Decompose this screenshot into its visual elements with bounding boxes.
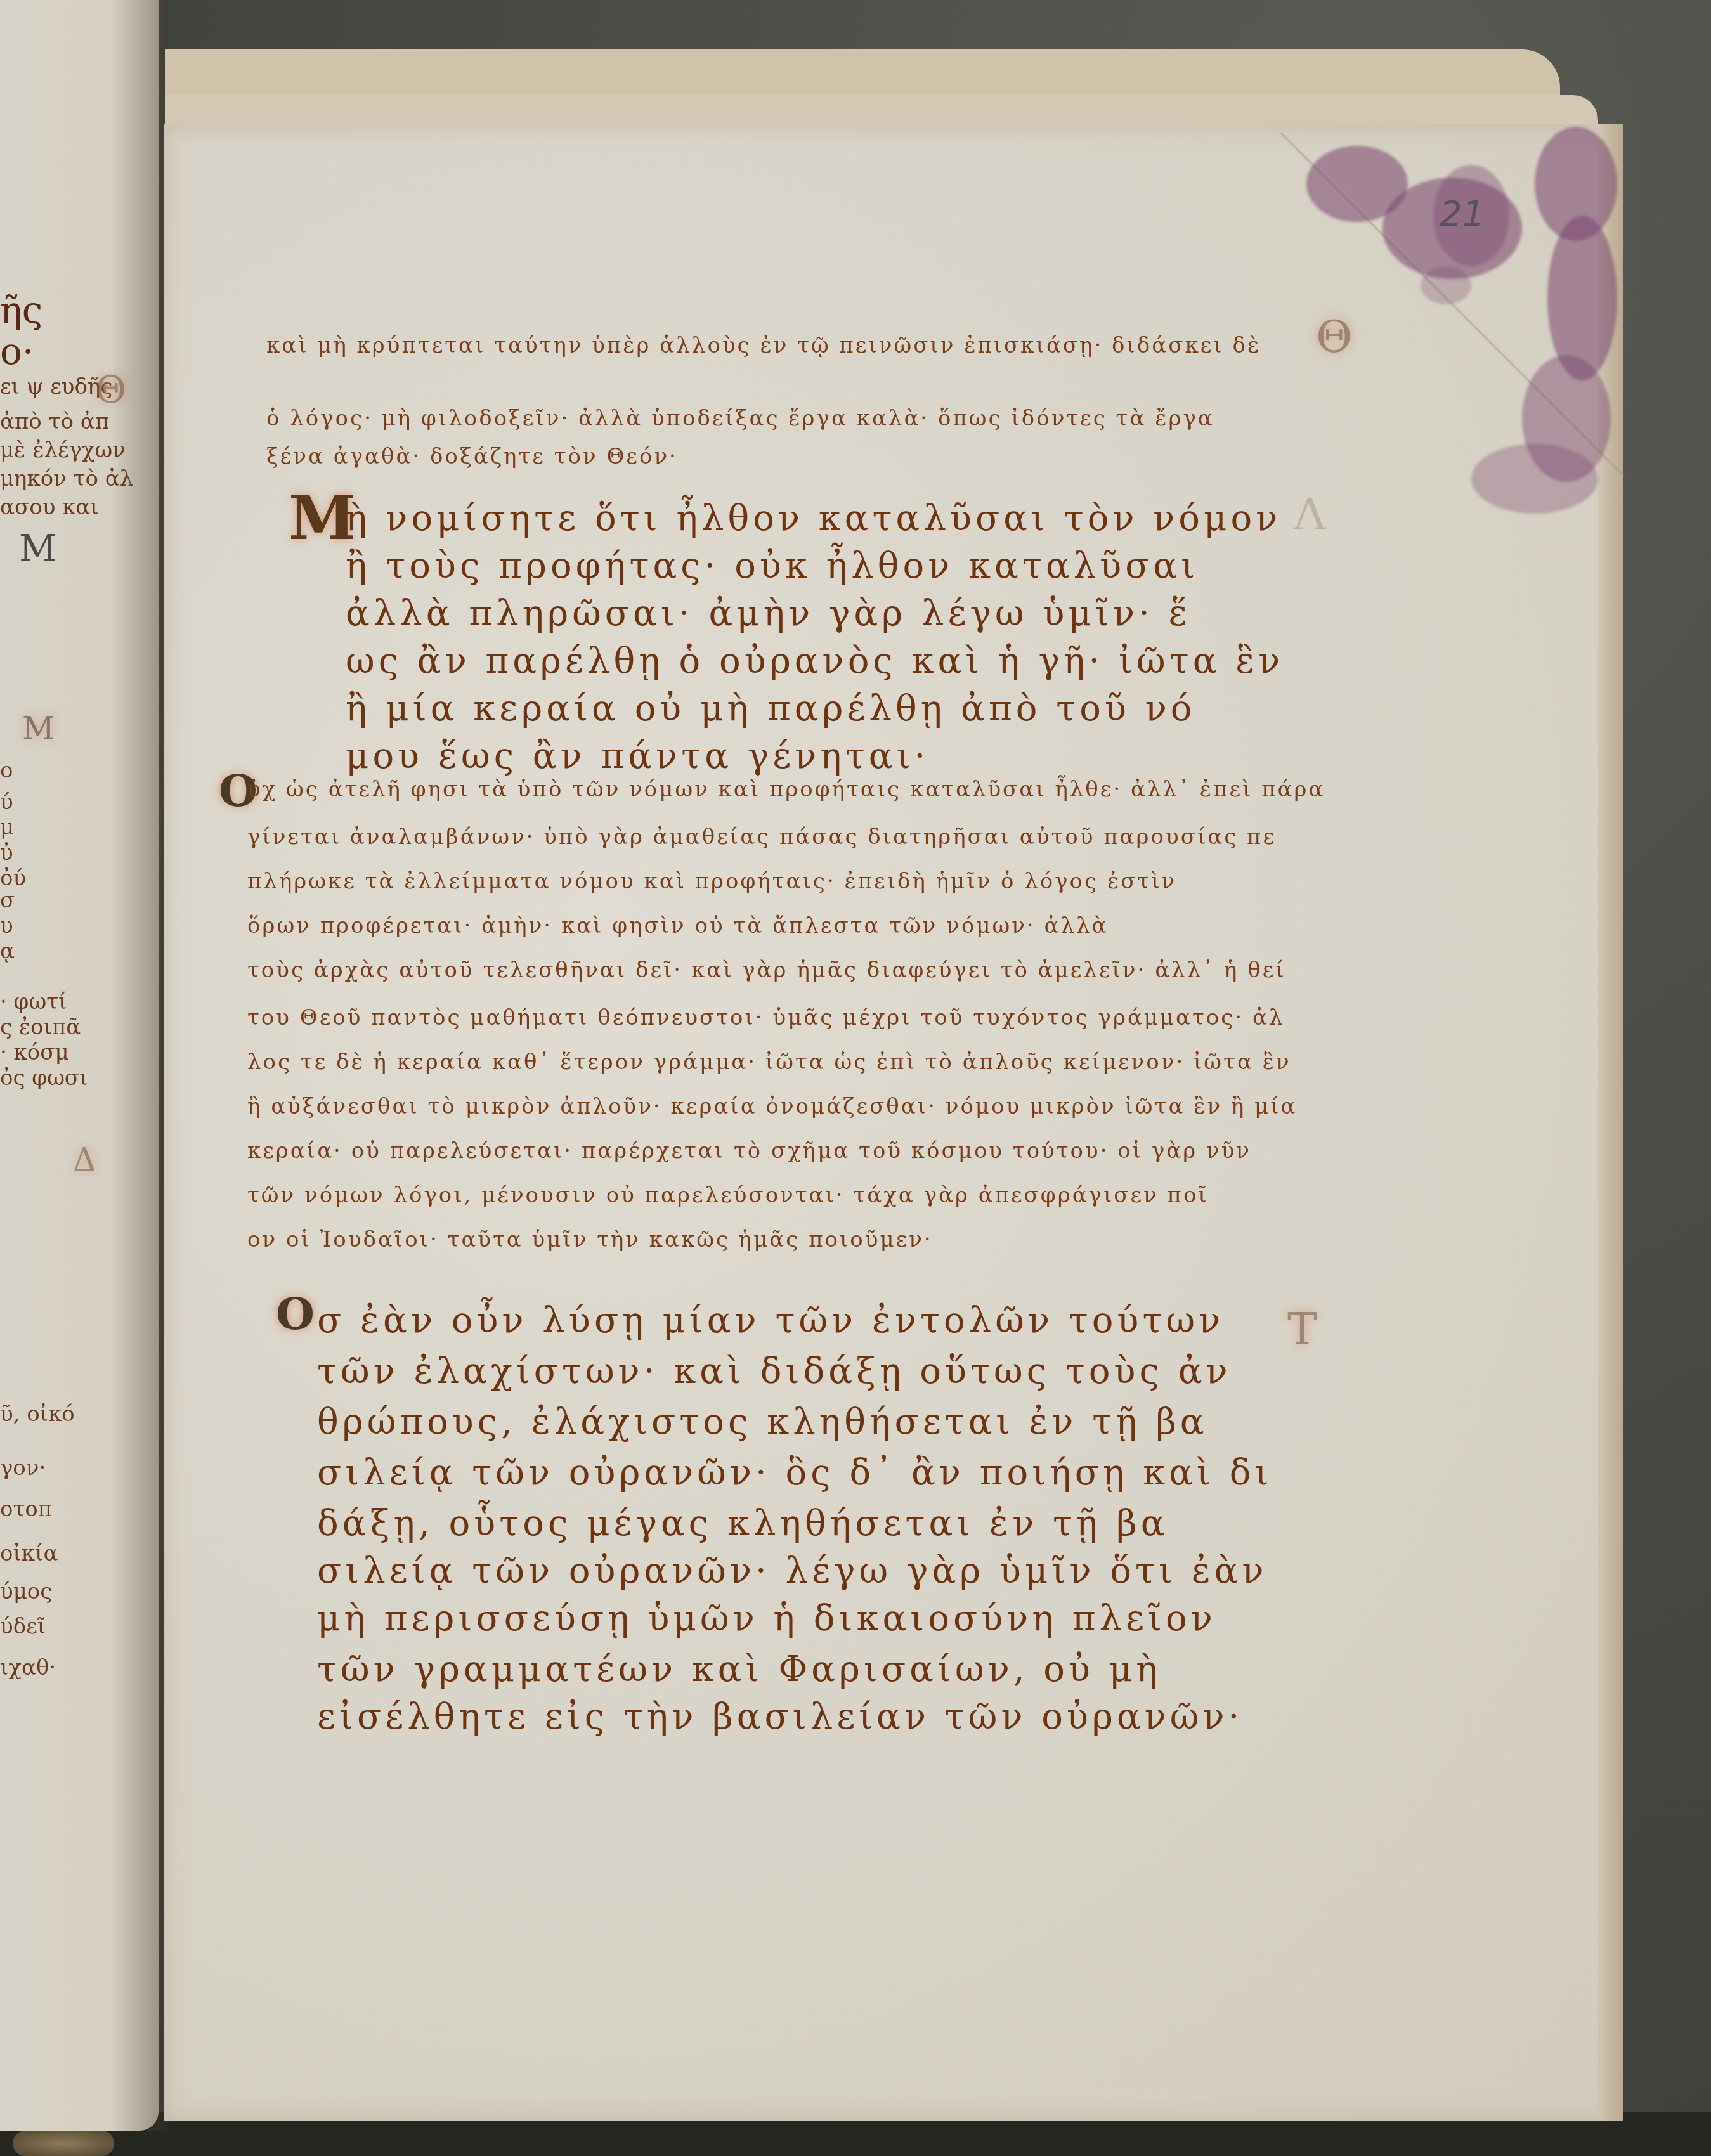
left-page-fragment: ὐ: [0, 840, 13, 866]
scripture-line: ἀλλὰ πληρῶσαι· ἀμὴν γὰρ λέγω ὑμῖν· ἕ: [346, 593, 1192, 634]
left-page-fragment: σ: [0, 888, 15, 913]
left-page-fragment: ασου και: [0, 495, 99, 520]
scripture-line: τῶν ἐλαχίστων· καὶ διδάξῃ οὕτως τοὺς ἀν: [317, 1351, 1232, 1392]
scripture-line: σιλείᾳ τῶν οὐρανῶν· λέγω γὰρ ὑμῖν ὅτι ἐὰ…: [317, 1550, 1268, 1592]
left-page-fragment: ύ: [0, 789, 13, 815]
commentary-line: τῶν νόμων λόγοι, μένουσιν οὐ παρελεύσοντ…: [247, 1183, 1209, 1208]
left-page-fragment: μ: [0, 815, 14, 840]
scripture-line: σ ἐὰν οὖν λύσῃ μίαν τῶν ἐντολῶν τούτων: [317, 1300, 1224, 1341]
scripture-line: ὴ νομίσητε ὅτι ἦλθον καταλῦσαι τὸν νόμον: [346, 498, 1281, 539]
gutter-shadow: [111, 0, 168, 2131]
margin-section-mark: Τ: [1287, 1303, 1317, 1355]
commentary-line: πλήρωκε τὰ ἐλλείμματα νόμου καὶ προφήται…: [247, 869, 1176, 894]
commentary-line: ξένα ἀγαθὰ· δοξάζητε τὸν Θεόν·: [266, 444, 678, 469]
scripture-line: μου ἕως ἂν πάντα γένηται·: [346, 736, 929, 777]
left-margin-mark: Μ: [22, 710, 55, 747]
commentary-line: καὶ μὴ κρύπτεται ταύτην ὑπὲρ ἁλλοὺς ἐν τ…: [266, 333, 1261, 358]
scripture-line: ἢ τοὺς προφήτας· οὐκ ἦλθον καταλῦσαι: [346, 545, 1199, 587]
commentary-line: ον οἱ Ἰουδαῖοι· ταῦτα ὑμῖν τὴν κακῶς ἡμᾶ…: [247, 1227, 933, 1252]
commentary-line: γίνεται ἀναλαμβάνων· ὑπὸ γὰρ ἀμαθείας πά…: [247, 824, 1276, 850]
scripture-line: σιλείᾳ τῶν οὐρανῶν· ὃς δ᾽ ἂν ποιήσῃ καὶ …: [317, 1452, 1273, 1493]
scripture-line: δάξῃ, οὗτος μέγας κληθήσεται ἐν τῇ βα: [317, 1503, 1169, 1544]
left-page-initial: Μ: [19, 526, 56, 569]
left-page-fragment: ὀς φωσι: [0, 1065, 88, 1091]
purple-stain: [1421, 266, 1471, 304]
scripture-line: θρώπους, ἐλάχιστος κληθήσεται ἐν τῇ βα: [317, 1401, 1208, 1443]
commentary-line: του Θεοῦ παντὸς μαθήματι θεόπνευστοι· ὑμ…: [247, 1005, 1284, 1030]
margin-section-mark: Λ: [1294, 488, 1326, 540]
left-page-fragment: ύμος: [0, 1579, 52, 1604]
left-page-fragment: οτοπ: [0, 1497, 52, 1522]
commentary-line: λος τε δὲ ἡ κεραία καθ᾽ ἕτερον γράμμα· ἰ…: [247, 1049, 1291, 1075]
scripture-line: τῶν γραμματέων καὶ Φαρισαίων, οὐ μὴ: [317, 1649, 1161, 1690]
left-page-fragment: ς ἐοιπᾶ: [0, 1015, 81, 1040]
left-page-fragment: μὲ ἐλέγχων: [0, 438, 126, 463]
margin-section-mark: Θ: [1316, 311, 1352, 363]
commentary-line: ὐχ ὡς ἀτελῆ φησι τὰ ὑπὸ τῶν νόμων καὶ πρ…: [247, 777, 1325, 802]
left-page-fragment: ῦ, οἰκό: [0, 1401, 75, 1427]
left-page-fragment: ύδεῖ: [0, 1614, 46, 1639]
left-page-fragment: ὀύ: [0, 866, 26, 891]
purple-stain: [1471, 444, 1598, 514]
scripture-line: ως ἂν παρέλθῃ ὁ οὐρανὸς καὶ ἡ γῆ· ἰῶτα ἓ…: [346, 640, 1284, 682]
left-page-fragment: υ: [0, 913, 13, 938]
scripture-line: εἰσέλθητε εἰς τὴν βασιλείαν τῶν οὐρανῶν·: [317, 1696, 1243, 1737]
left-page-fragment: οἰκία: [0, 1541, 58, 1566]
left-page-fragment: ο: [0, 758, 13, 783]
binding-thread: [13, 2131, 114, 2156]
left-margin-mark: Δ: [73, 1141, 96, 1178]
decorated-initial: Ο: [276, 1287, 315, 1340]
commentary-line: τοὺς ἀρχὰς αὐτοῦ τελεσθῆναι δεῖ· καὶ γὰρ…: [247, 958, 1286, 983]
folio-number: 21: [1440, 193, 1485, 235]
left-page-fragment: ιχαθ·: [0, 1655, 56, 1680]
left-page-fragment: · κόσμ: [0, 1040, 69, 1065]
left-page-fragment: ῆς: [0, 289, 42, 332]
left-page-fragment: ἀπὸ τὸ ἀπ: [0, 409, 109, 434]
commentary-line: ὅρων προφέρεται· ἀμὴν· καὶ φησὶν οὐ τὰ ἄ…: [247, 913, 1109, 938]
left-page-fragment: ο·: [0, 330, 34, 373]
left-page-fragment: γον·: [0, 1455, 46, 1481]
left-page-fragment: · φωτί: [0, 989, 67, 1015]
commentary-line: ἢ αὐξάνεσθαι τὸ μικρὸν ἀπλοῦν· κεραία ὀν…: [247, 1094, 1297, 1119]
commentary-line: ὁ λόγος· μὴ φιλοδοξεῖν· ἀλλὰ ὑποδείξας ἔ…: [266, 406, 1214, 431]
commentary-line: κεραία· οὐ παρελεύσεται· παρέρχεται τὸ σ…: [247, 1138, 1251, 1164]
left-page-fragment: ᾳ: [0, 938, 15, 964]
scripture-line: ἢ μία κεραία οὐ μὴ παρέλθῃ ἀπὸ τοῦ νό: [346, 688, 1196, 729]
scripture-line: μὴ περισσεύσῃ ὑμῶν ἡ δικαιοσύνη πλεῖον: [317, 1598, 1216, 1639]
